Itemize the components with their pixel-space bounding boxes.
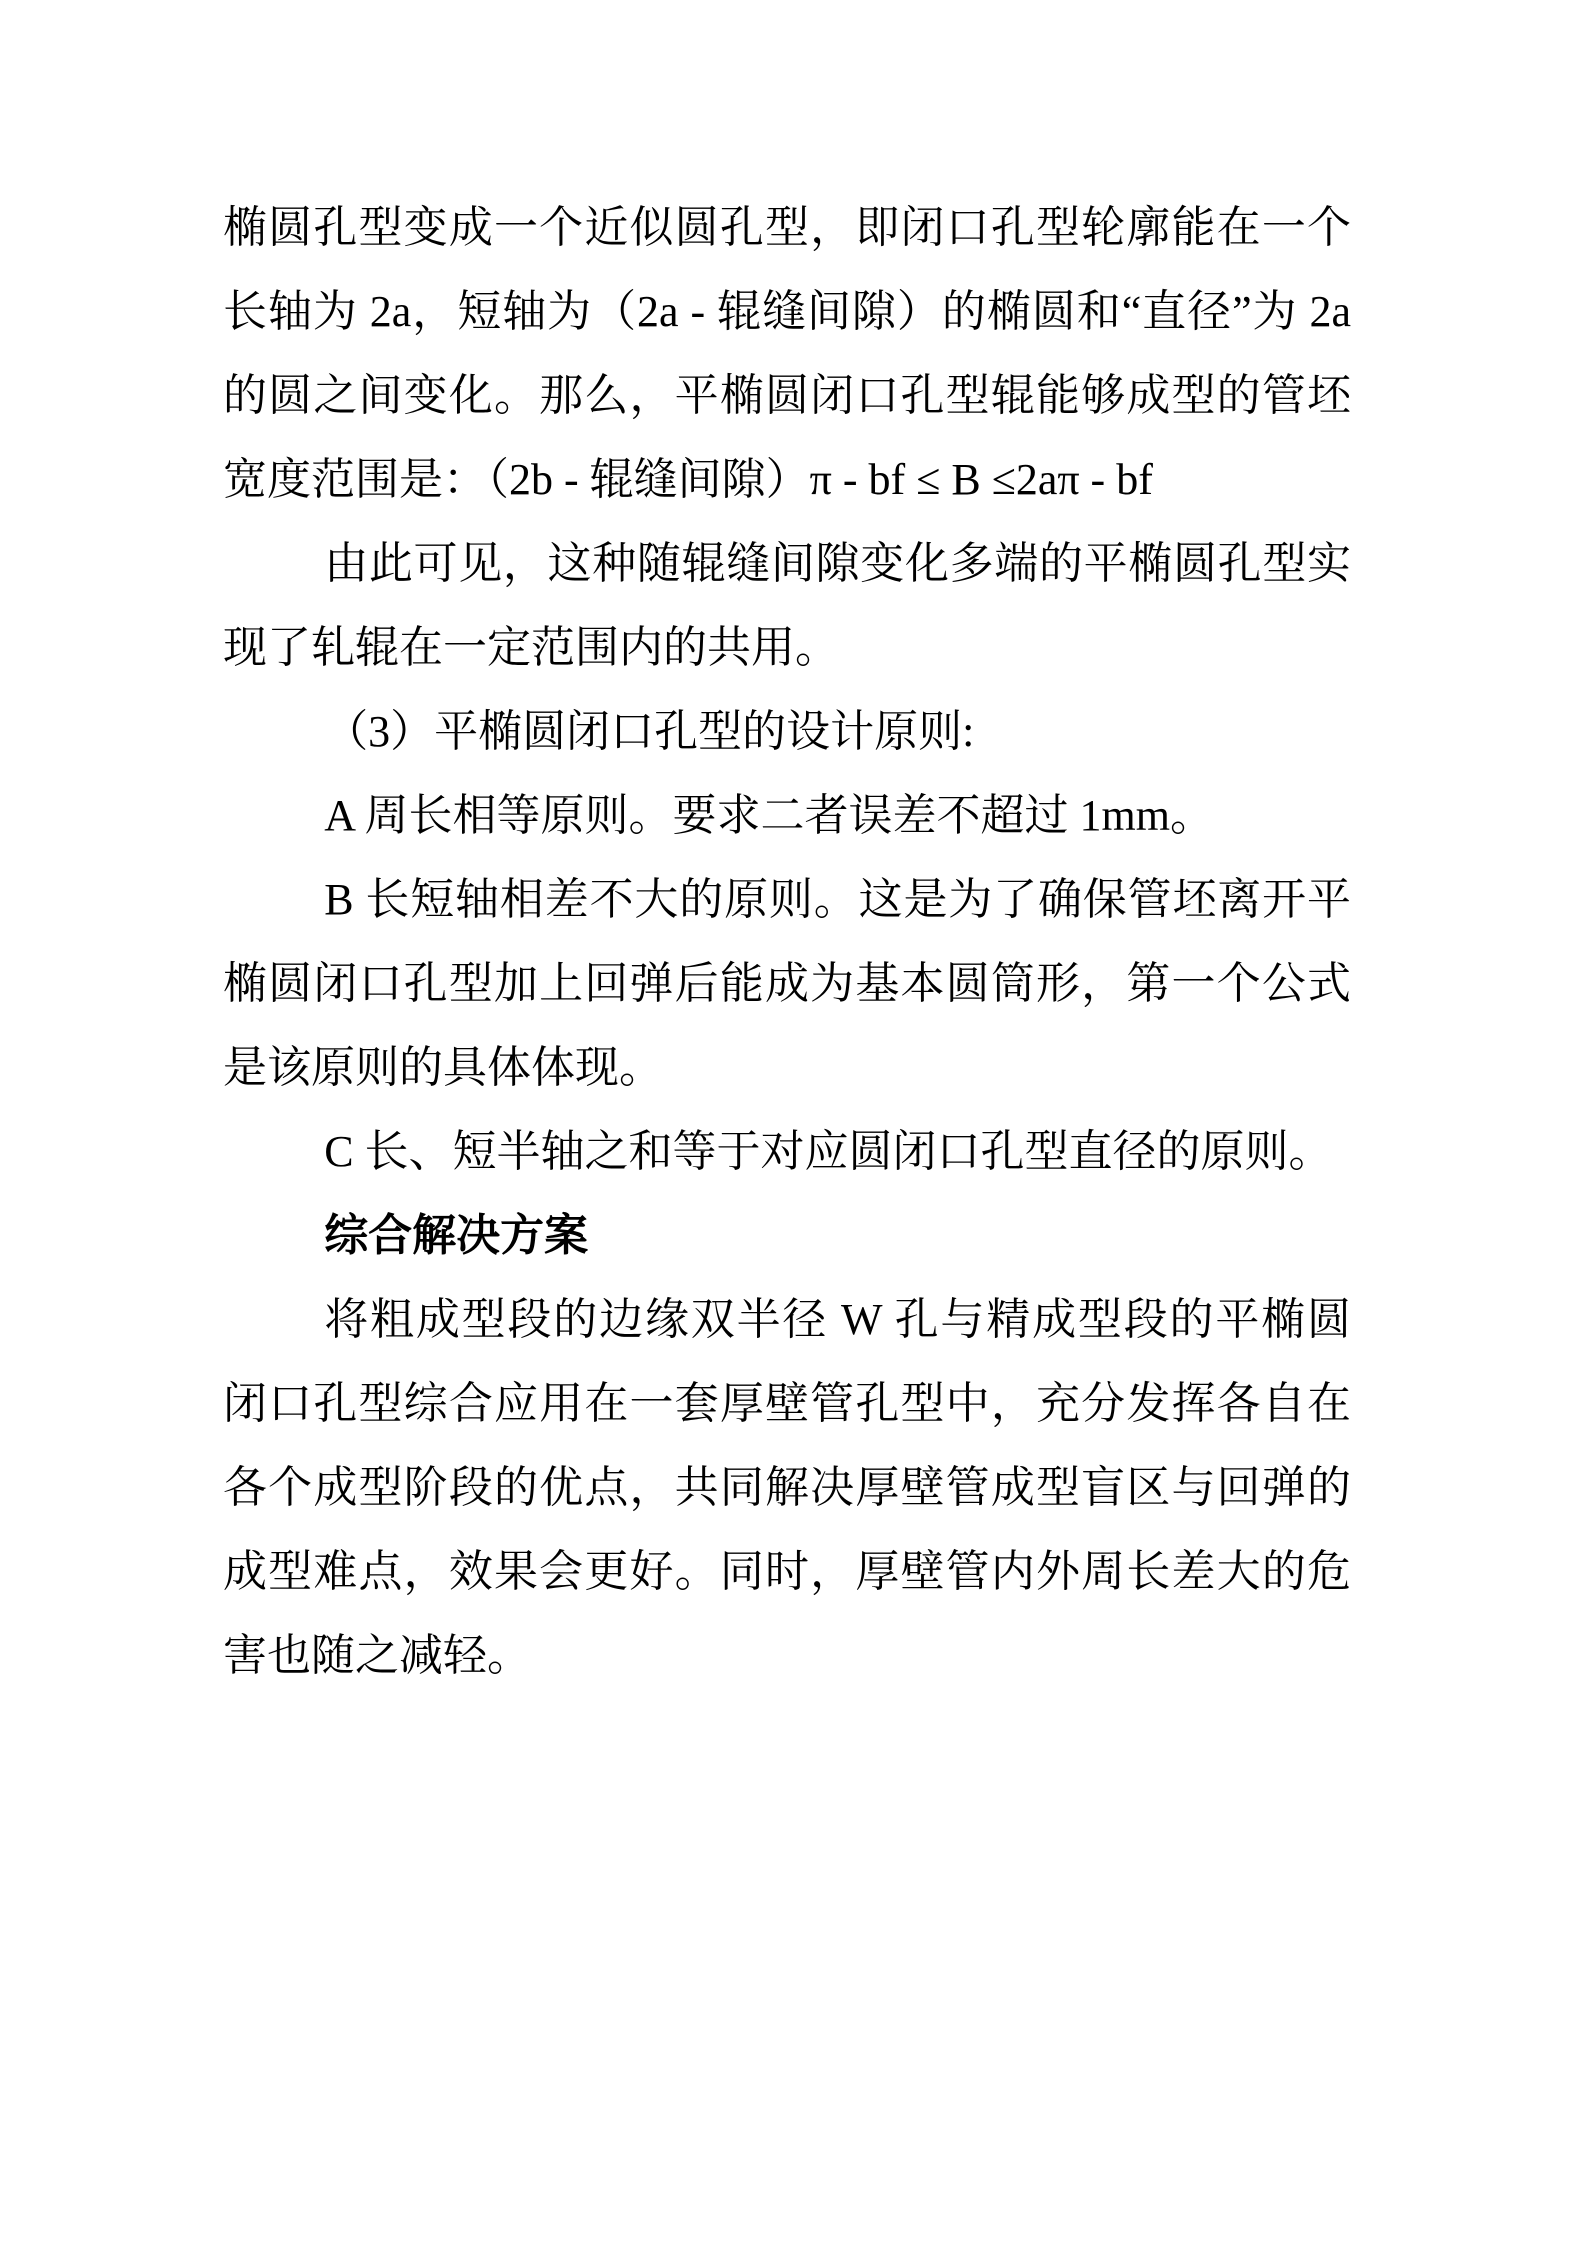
paragraph-principle-a: A 周长相等原则。要求二者误差不超过 1mm。	[223, 774, 1351, 858]
document-page: 椭圆孔型变成一个近似圆孔型，即闭口孔型轮廓能在一个长轴为 2a，短轴为（2a -…	[0, 0, 1587, 2245]
paragraph-solution-body: 将粗成型段的边缘双半径 W 孔与精成型段的平椭圆闭口孔型综合应用在一套厚壁管孔型…	[223, 1278, 1351, 1698]
text-block: 椭圆孔型变成一个近似圆孔型，即闭口孔型轮廓能在一个长轴为 2a，短轴为（2a -…	[223, 186, 1351, 1698]
paragraph-design-principles-title: （3）平椭圆闭口孔型的设计原则:	[223, 690, 1351, 774]
paragraph-conclusion: 由此可见，这种随辊缝间隙变化多端的平椭圆孔型实现了轧辊在一定范围内的共用。	[223, 522, 1351, 690]
section-heading-comprehensive-solution: 综合解决方案	[223, 1194, 1351, 1278]
paragraph-principle-b: B 长短轴相差不大的原则。这是为了确保管坯离开平椭圆闭口孔型加上回弹后能成为基本…	[223, 858, 1351, 1110]
paragraph-continuation: 椭圆孔型变成一个近似圆孔型，即闭口孔型轮廓能在一个长轴为 2a，短轴为（2a -…	[223, 186, 1351, 522]
paragraph-principle-c: C 长、短半轴之和等于对应圆闭口孔型直径的原则。	[223, 1110, 1351, 1194]
